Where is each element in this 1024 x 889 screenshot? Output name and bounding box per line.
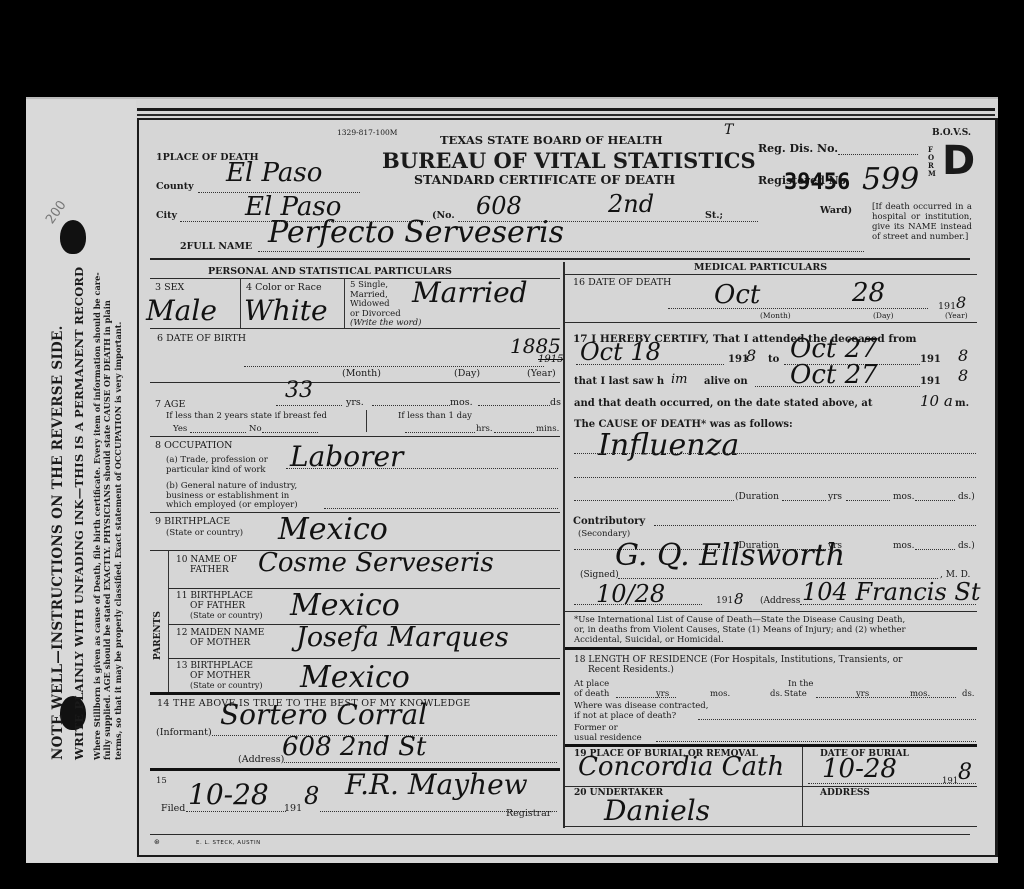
last-saw-year-prefix: 191 bbox=[920, 376, 941, 387]
undertaker-value: Daniels bbox=[604, 794, 710, 827]
father-name-label: 10 NAME OF FATHER bbox=[176, 555, 237, 575]
birthplace-label: 9 BIRTHPLACE bbox=[155, 516, 230, 527]
registrar-label: Registrar bbox=[506, 808, 551, 819]
race-label: 4 Color or Race bbox=[246, 282, 322, 293]
age-yrs-label: yrs. bbox=[346, 397, 364, 408]
board-title: TEXAS STATE BOARD OF HEALTH bbox=[440, 133, 663, 147]
street-name: 2nd bbox=[608, 190, 654, 218]
residence-ds-1: ds. bbox=[770, 689, 783, 699]
dob-year-label: (Year) bbox=[527, 368, 556, 379]
marital-value: Married bbox=[412, 276, 528, 309]
st-label: St.; bbox=[705, 210, 723, 221]
death-time-label: and that death occurred, on the date sta… bbox=[574, 398, 873, 409]
full-name-value: Perfecto Serveseris bbox=[268, 215, 564, 250]
attended-from-year-digit: 8 bbox=[746, 346, 756, 365]
duration-yrs-1: yrs bbox=[828, 492, 842, 502]
marital-label: 5 Single, Married, Widowed or Divorced (… bbox=[350, 281, 421, 329]
father-name-value: Cosme Serveseris bbox=[258, 548, 494, 578]
hospital-note: [If death occurred in a hospital or inst… bbox=[872, 202, 972, 242]
dod-year-label: (Year) bbox=[945, 311, 968, 320]
father-birthplace-label: 11 BIRTHPLACE OF FATHER (State or countr… bbox=[176, 592, 263, 621]
duration-ds-2: ds.) bbox=[958, 541, 975, 551]
filed-label: Filed bbox=[161, 803, 185, 814]
burial-year-digit: 8 bbox=[958, 760, 972, 785]
stub-note-well: NOTE WELL—INSTRUCTIONS ON THE REVERSE SI… bbox=[50, 325, 66, 760]
bureau-title: BUREAU OF VITAL STATISTICS bbox=[382, 148, 756, 173]
death-time-suffix: m. bbox=[955, 398, 969, 409]
residence-mos-2: mos. bbox=[910, 689, 930, 699]
contracted-label: Where was disease contracted, if not at … bbox=[574, 702, 708, 721]
residence-yrs-2: yrs bbox=[856, 689, 869, 699]
filed-year-prefix: 191 bbox=[284, 803, 302, 814]
residence-ds-2: ds. bbox=[962, 689, 975, 699]
last-saw-him: im bbox=[671, 372, 688, 387]
last-saw-year-digit: 8 bbox=[958, 366, 968, 385]
in-state-label: In the State bbox=[784, 680, 813, 699]
yes-label: Yes bbox=[173, 424, 187, 434]
dob-day-label: (Day) bbox=[454, 368, 480, 379]
residence-mos-1: mos. bbox=[710, 689, 730, 699]
dob-label: 6 DATE OF BIRTH bbox=[157, 333, 246, 344]
informant-value: Sortero Corral bbox=[220, 698, 427, 731]
full-name-label: 2FULL NAME bbox=[180, 241, 252, 252]
bovs-label: B.O.V.S. bbox=[932, 128, 971, 138]
occupation-value: Laborer bbox=[290, 440, 403, 473]
informant-address-value: 608 2nd St bbox=[282, 732, 426, 762]
mother-birthplace-label: 13 BIRTHPLACE OF MOTHER (State or countr… bbox=[176, 662, 263, 691]
former-residence-label: Former or usual residence bbox=[574, 724, 642, 743]
mother-birthplace-value: Mexico bbox=[300, 660, 410, 695]
residence-label: 18 LENGTH OF RESIDENCE (For Hospitals, I… bbox=[574, 655, 902, 675]
dod-month: Oct bbox=[714, 280, 760, 310]
residence-yrs-1: yrs bbox=[656, 689, 669, 699]
dod-year-digit: 8 bbox=[956, 293, 966, 312]
burial-date-value: 10-28 bbox=[822, 754, 897, 784]
hrs-label: hrs. bbox=[476, 424, 493, 434]
duration-label-1: (Duration bbox=[735, 492, 779, 502]
form-code: 1329-817-100M bbox=[337, 128, 397, 137]
race-value: White bbox=[244, 294, 328, 327]
last-saw-date: Oct 27 bbox=[790, 360, 878, 390]
father-birthplace-value: Mexico bbox=[290, 588, 400, 623]
mother-name-value: Josefa Marques bbox=[296, 622, 509, 653]
filed-year-digit: 8 bbox=[304, 782, 319, 810]
dob-month-label: (Month) bbox=[342, 368, 381, 379]
form-letter: D bbox=[942, 138, 975, 184]
county-value: El Paso bbox=[226, 158, 322, 188]
contributory-label: Contributory bbox=[573, 516, 645, 527]
signed-year-prefix: 191 bbox=[716, 596, 733, 606]
alive-on-label: alive on bbox=[704, 376, 748, 387]
stub-write-plainly: WRITE PLAINLY WITH UNFADING INK—THIS IS … bbox=[72, 267, 86, 760]
dod-label: 16 DATE OF DEATH bbox=[573, 277, 671, 288]
top-rule bbox=[137, 108, 995, 111]
age-mos-label: mos. bbox=[450, 397, 473, 408]
to-label: to bbox=[768, 354, 779, 365]
cause-value: Influenza bbox=[598, 428, 739, 463]
certificate-title: STANDARD CERTIFICATE OF DEATH bbox=[414, 172, 675, 187]
lt1day-label: If less than 1 day bbox=[398, 411, 472, 421]
informant-address-label: (Address) bbox=[238, 754, 284, 765]
birthplace-value: Mexico bbox=[278, 512, 388, 547]
attended-to-year-digit: 8 bbox=[958, 346, 968, 365]
ward-label: Ward) bbox=[820, 205, 852, 216]
signed-label: (Signed) bbox=[580, 570, 619, 580]
mins-label: mins. bbox=[536, 424, 559, 434]
registrar-signature: F.R. Mayhew bbox=[345, 768, 528, 801]
burial-year-prefix: 191 bbox=[942, 776, 958, 786]
signed-date: 10/28 bbox=[596, 580, 665, 608]
filed-date: 10-28 bbox=[188, 778, 269, 811]
parents-label: PARENTS bbox=[153, 611, 163, 660]
signed-year-digit: 8 bbox=[734, 590, 744, 608]
occupation-b-label: (b) General nature of industry, business… bbox=[166, 482, 298, 511]
age-label: 7 AGE bbox=[155, 399, 185, 410]
medical-section-title: MEDICAL PARTICULARS bbox=[694, 262, 827, 273]
death-time: 10 a bbox=[920, 392, 953, 410]
registered-stamp: 39456 bbox=[784, 170, 850, 195]
dod-month-label: (Month) bbox=[760, 311, 791, 320]
attended-from: Oct 18 bbox=[580, 338, 661, 366]
registered-handwritten: 599 bbox=[862, 162, 919, 197]
mark-t: T bbox=[724, 122, 733, 138]
duration-mos-1: mos. bbox=[893, 492, 914, 502]
burial-address-label: ADDRESS bbox=[820, 788, 870, 798]
duration-mos-2: mos. bbox=[893, 541, 914, 551]
occupation-label: 8 OCCUPATION bbox=[155, 440, 232, 451]
dod-day-label: (Day) bbox=[873, 311, 894, 320]
top-rule-2 bbox=[137, 114, 995, 116]
dod-day: 28 bbox=[852, 278, 885, 308]
burial-place-value: Concordia Cath bbox=[578, 752, 784, 782]
birthplace-sub: (State or country) bbox=[166, 528, 243, 538]
sex-value: Male bbox=[146, 294, 217, 327]
age-years: 33 bbox=[285, 378, 313, 403]
filed-number: 15 bbox=[156, 776, 167, 786]
form-word: FORM bbox=[928, 146, 935, 178]
last-saw-label: that I last saw h bbox=[574, 376, 664, 387]
no-label: No bbox=[249, 424, 262, 434]
mother-name-label: 12 MAIDEN NAME OF MOTHER bbox=[176, 628, 264, 648]
stub-fine-print: Where Stillborn is given as cause of Dea… bbox=[92, 272, 123, 760]
at-place-label: At place of death bbox=[574, 680, 609, 699]
attended-to-year-prefix: 191 bbox=[920, 354, 941, 365]
county-label: County bbox=[156, 181, 194, 192]
cause-footnote: *Use International List of Cause of Deat… bbox=[574, 615, 906, 645]
reg-dis-label: Reg. Dis. No. bbox=[758, 142, 838, 155]
city-label: City bbox=[156, 210, 177, 221]
informant-label: (Informant) bbox=[156, 727, 212, 738]
breastfed-label: If less than 2 years state if breast fed bbox=[166, 411, 327, 421]
physician-address-value: 104 Francis St bbox=[802, 578, 980, 606]
sex-label: 3 SEX bbox=[155, 282, 184, 293]
printer-logo: ⊛ bbox=[154, 838, 160, 846]
printer-credit: E. L. STECK, AUSTIN bbox=[196, 840, 261, 846]
dob-year-struck: 1915 bbox=[538, 354, 563, 365]
age-ds-label: ds bbox=[550, 397, 561, 408]
duration-ds-1: ds.) bbox=[958, 492, 975, 502]
physician-address-label: (Address bbox=[760, 596, 800, 606]
punch-hole-top bbox=[60, 220, 86, 254]
physician-signature: G. Q. Ellsworth bbox=[615, 538, 845, 573]
occupation-a-label: (a) Trade, profession or particular kind… bbox=[166, 455, 268, 475]
